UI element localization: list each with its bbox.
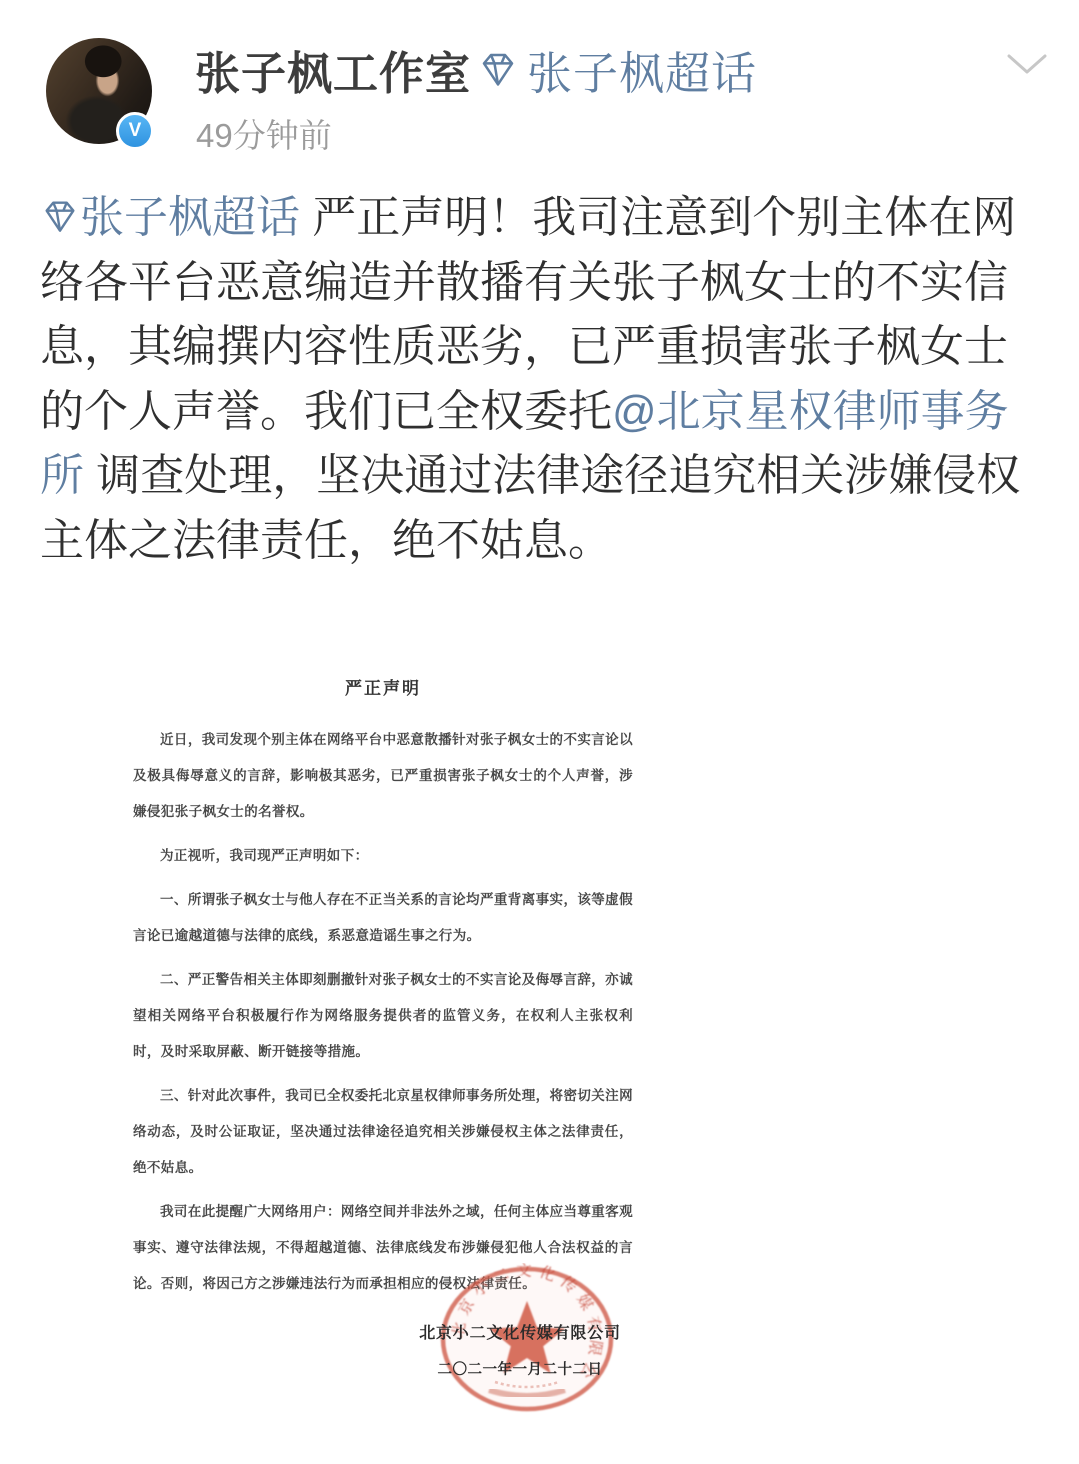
statement-paragraph: 二、严正警告相关主体即刻删撤针对张子枫女士的不实言论及侮辱言辞，亦诚望相关网络平… — [133, 962, 633, 1070]
statement-paragraph: 一、所谓张子枫女士与他人存在不正当关系的言论均严重背离事实，该等虚假言论已逾越道… — [133, 882, 633, 954]
post-supertopic-link[interactable]: 张子枫超话 — [80, 193, 300, 242]
post-text: 张子枫超话 严正声明！我司注意到个别主体在网络各平台恶意编造并散播有关张子枫女士… — [40, 186, 1042, 573]
header-supertopic-link[interactable]: 张子枫超话 — [527, 37, 757, 102]
verified-badge-icon: V — [116, 112, 154, 150]
supertopic-gem-icon — [477, 48, 519, 90]
chevron-down-icon[interactable] — [1005, 52, 1049, 78]
post-text-segment-2: 调查处理，坚决通过法律途径追究相关涉嫌侵权主体之法律责任，绝不姑息。 — [40, 451, 1020, 565]
avatar[interactable]: V — [46, 38, 152, 144]
username[interactable]: 张子枫工作室 — [195, 37, 471, 102]
statement-paragraph: 近日，我司发现个别主体在网络平台中恶意散播针对张子枫女士的不实言论以及极具侮辱意… — [133, 722, 633, 830]
signature-date: 二〇二一年一月二十二日 — [395, 1358, 645, 1379]
statement-title: 严正声明 — [133, 678, 633, 700]
weibo-post-card: V 张子枫工作室 张子枫超话 49分钟前 张子枫超话 严正声明！我司注意到个别主… — [0, 0, 1079, 1464]
statement-paragraph: 为正视听，我司现严正声明如下： — [133, 838, 633, 874]
signature-company: 北京小二文化传媒有限公司 — [395, 1320, 645, 1343]
timestamp: 49分钟前 — [196, 110, 332, 157]
statement-paragraph: 三、针对此次事件，我司已全权委托北京星权律师事务所处理，将密切关注网络动态，及时… — [133, 1078, 633, 1186]
statement-document-image[interactable]: 严正声明 近日，我司发现个别主体在网络平台中恶意散播针对张子枫女士的不实言论以及… — [133, 678, 633, 1302]
post-header: 张子枫工作室 张子枫超话 — [195, 40, 757, 98]
supertopic-gem-icon — [40, 193, 80, 242]
